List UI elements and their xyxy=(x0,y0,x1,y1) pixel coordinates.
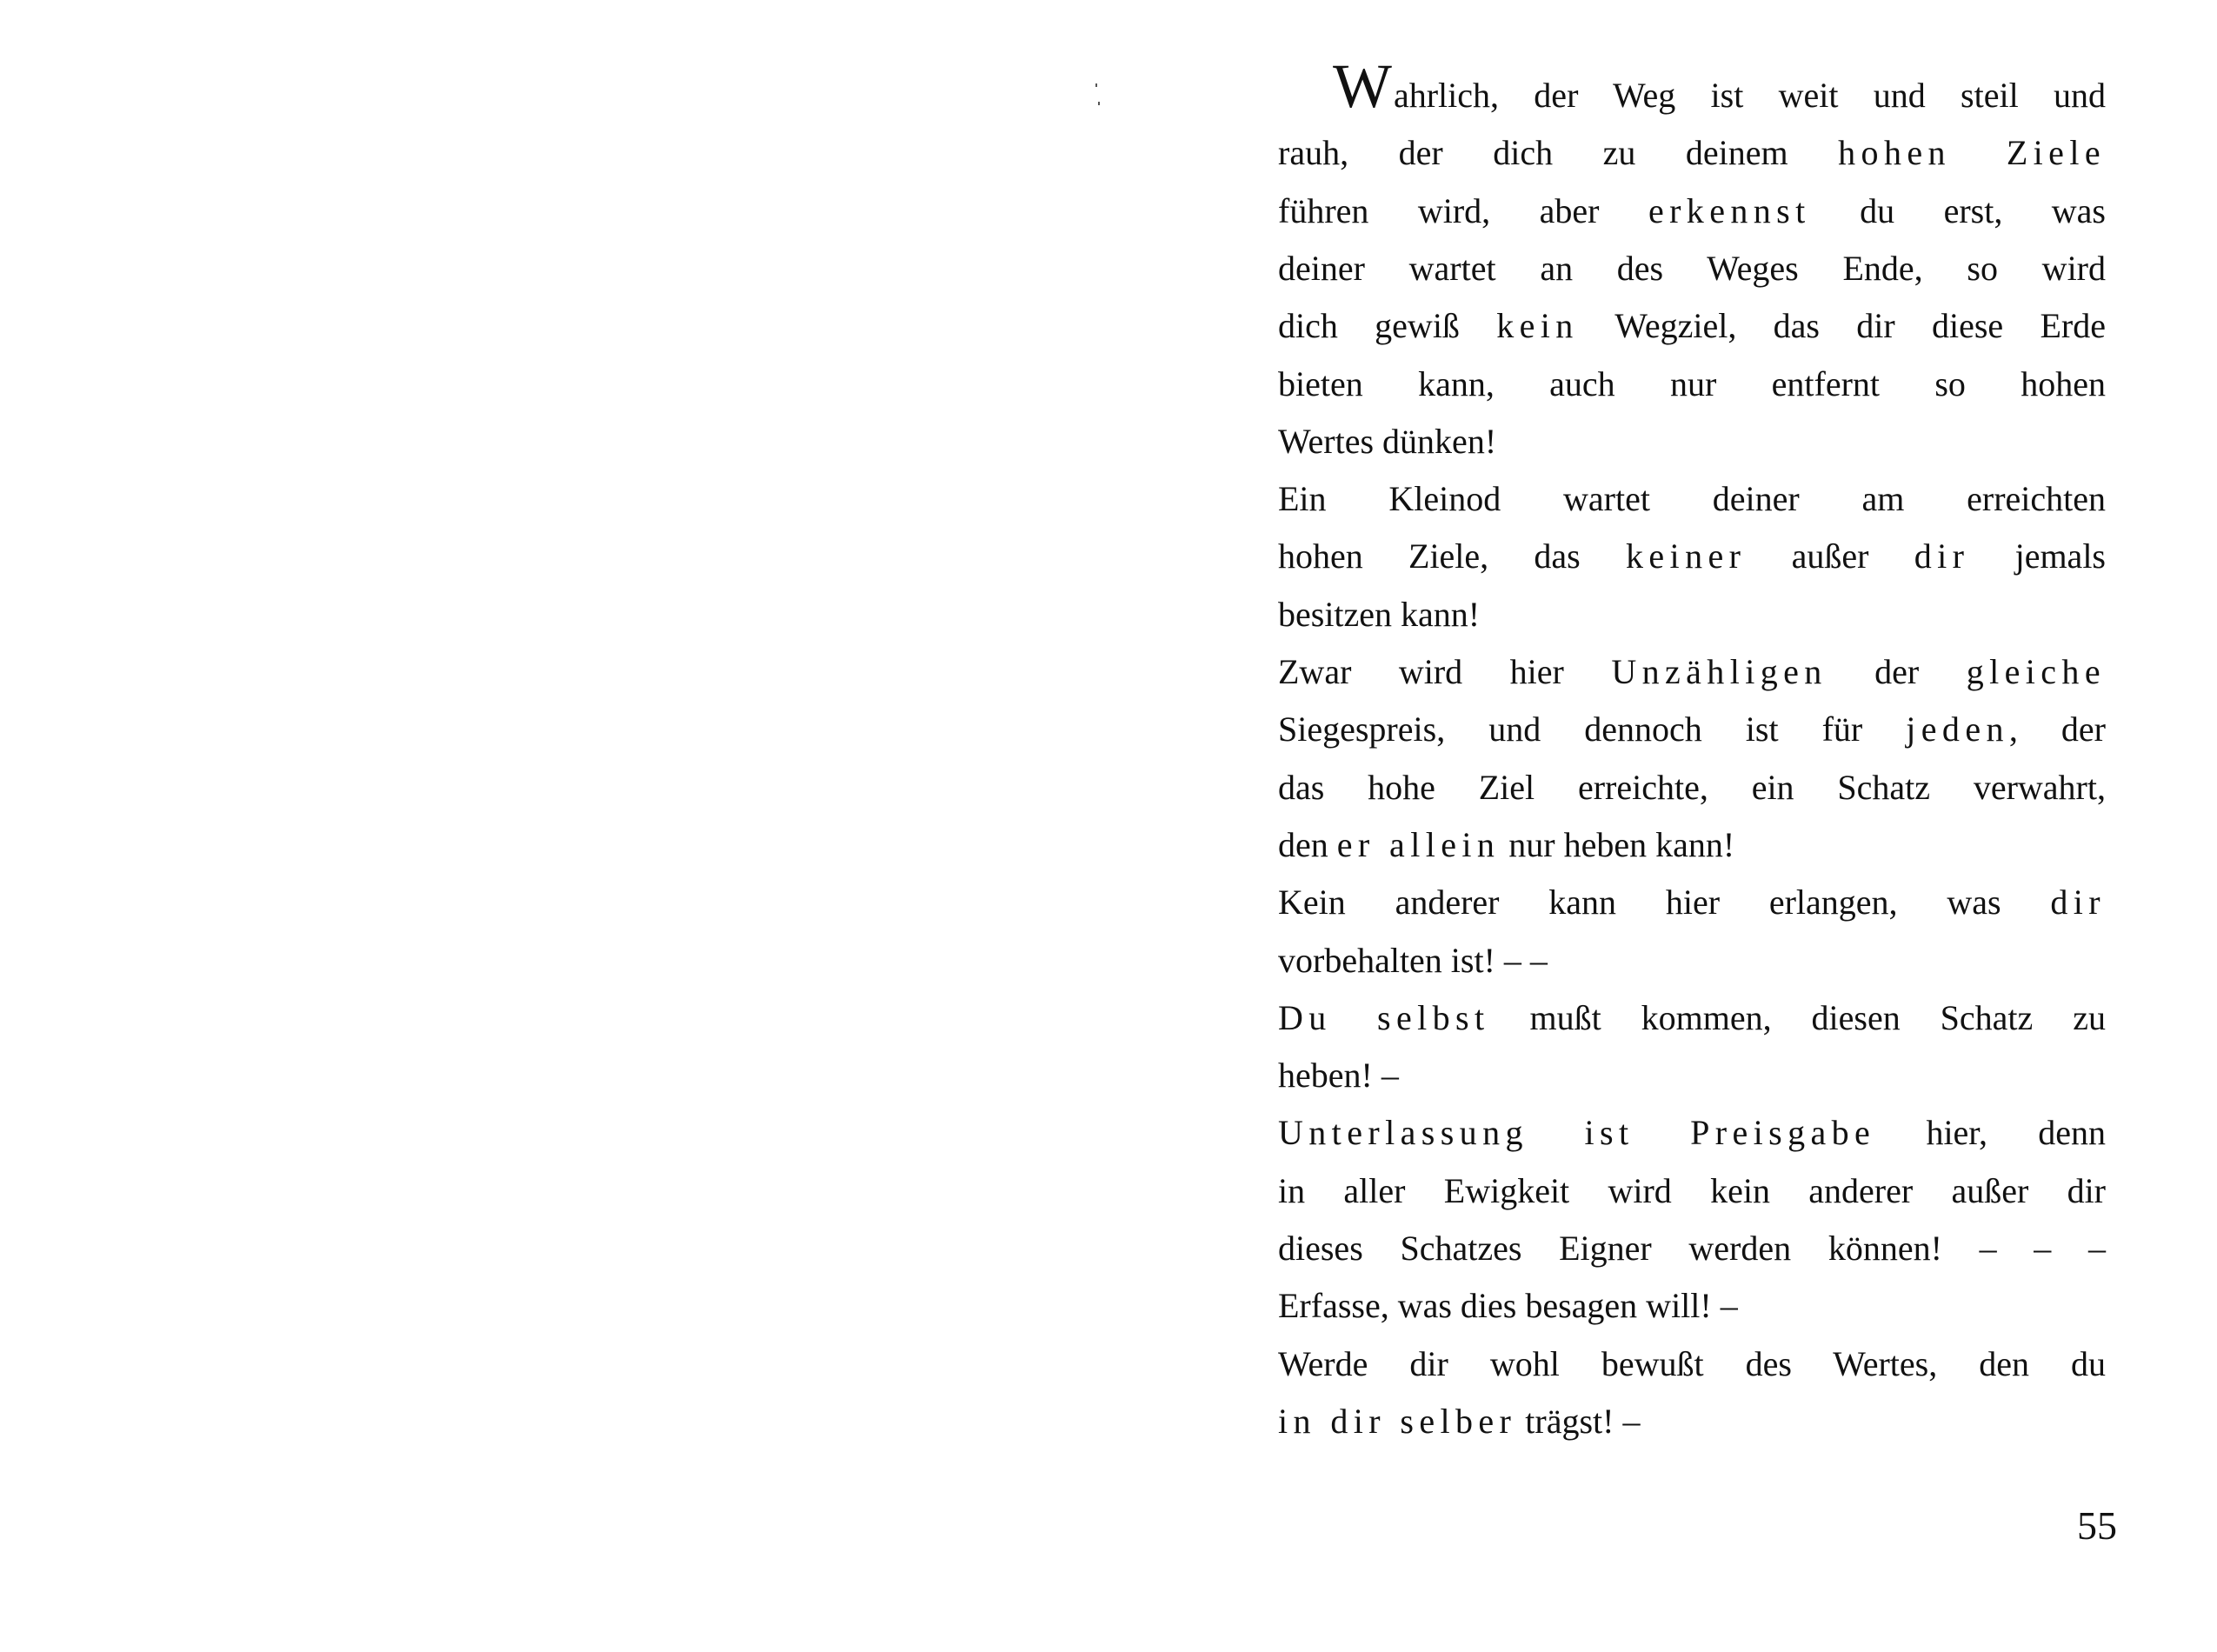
text-segment: deiner wartet an des Weges Ende, so wird xyxy=(1278,249,2106,288)
text-segment: nur heben kann! xyxy=(1500,825,1734,864)
text-segment: dieses Schatzes Eigner werden können! – … xyxy=(1278,1229,2106,1268)
text-segment: rauh, der dich zu deinem xyxy=(1278,133,1838,172)
emphasized-text: Unzähligen xyxy=(1611,652,1827,691)
text-line: Du selbst mußt kommen, diesen Schatz zu xyxy=(1278,989,2106,1047)
text-line: das hohe Ziel erreichte, ein Schatz verw… xyxy=(1278,759,2106,816)
text-segment: trägst! – xyxy=(1516,1402,1640,1441)
text-line: Werde dir wohl bewußt des Wertes, den du xyxy=(1278,1336,2106,1393)
text-segment: Wegziel, das dir diese Erde xyxy=(1579,306,2106,345)
text-line: vorbehalten ist! – – xyxy=(1278,932,2106,989)
right-page: Wahrlich, der Weg ist weit und steil und… xyxy=(1108,0,2217,1652)
text-segment: dich gewiß xyxy=(1278,306,1496,345)
emphasized-text: dir xyxy=(2050,883,2106,922)
emphasized-text: gleiche xyxy=(1967,652,2106,691)
text-segment: du erst, was xyxy=(1811,191,2106,230)
text-line: Wahrlich, der Weg ist weit und steil und xyxy=(1278,67,2106,124)
drop-initial: W xyxy=(1333,51,1392,121)
text-line: deiner wartet an des Weges Ende, so wird xyxy=(1278,240,2106,297)
text-segment: besitzen kann! xyxy=(1278,595,1480,634)
emphasized-text: erkennst xyxy=(1648,191,1811,230)
text-line: Siegespreis, und dennoch ist für jeden, … xyxy=(1278,701,2106,758)
emphasized-text: hohen Ziele xyxy=(1838,133,2106,172)
text-segment: bieten kann, auch nur entfernt so hohen xyxy=(1278,364,2106,403)
text-line: dich gewiß kein Wegziel, das dir diese E… xyxy=(1278,297,2106,355)
text-segment: den xyxy=(1278,825,1337,864)
text-segment: , der xyxy=(2009,709,2106,749)
text-line: Zwar wird hier Unzähligen der gleiche xyxy=(1278,643,2106,701)
text-line: bieten kann, auch nur entfernt so hohen xyxy=(1278,356,2106,413)
text-segment: ahrlich, der Weg ist weit und steil und xyxy=(1394,76,2106,115)
text-line: besitzen kann! xyxy=(1278,586,2106,643)
scan-speck xyxy=(1095,83,1097,87)
page-number: 55 xyxy=(2074,1502,2117,1549)
emphasized-text: er allein xyxy=(1337,825,1501,864)
text-line: den er allein nur heben kann! xyxy=(1278,816,2106,874)
text-segment: das hohe Ziel erreichte, ein Schatz verw… xyxy=(1278,768,2106,807)
text-segment: jemals xyxy=(1969,536,2106,576)
text-segment: mußt kommen, diesen Schatz zu xyxy=(1490,998,2106,1037)
text-segment: der xyxy=(1828,652,1967,691)
text-line: Unterlassung ist Preisgabe hier, denn xyxy=(1278,1104,2106,1162)
text-line: in aller Ewigkeit wird kein anderer auße… xyxy=(1278,1162,2106,1220)
text-segment: führen wird, aber xyxy=(1278,191,1648,230)
text-line: Ein Kleinod wartet deiner am erreichten xyxy=(1278,470,2106,528)
text-segment: Wertes dünken! xyxy=(1278,422,1496,461)
text-segment: außer xyxy=(1746,536,1914,576)
emphasized-text: dir xyxy=(1914,536,1970,576)
text-segment: Ein Kleinod wartet deiner am erreichten xyxy=(1278,479,2106,518)
emphasized-text: Unterlassung ist Preisgabe xyxy=(1278,1113,1875,1152)
emphasized-text: jeden xyxy=(1906,709,2009,749)
text-segment: in aller Ewigkeit wird kein anderer auße… xyxy=(1278,1171,2106,1210)
text-segment: Erfasse, was dies besagen will! – xyxy=(1278,1286,1738,1325)
emphasized-text: keiner xyxy=(1626,536,1746,576)
text-segment: vorbehalten ist! – – xyxy=(1278,941,1548,980)
text-line: Wertes dünken! xyxy=(1278,413,2106,470)
text-line: rauh, der dich zu deinem hohen Ziele xyxy=(1278,124,2106,182)
emphasized-text: Du selbst xyxy=(1278,998,1490,1037)
text-line: in dir selber trägst! – xyxy=(1278,1393,2106,1450)
text-line: dieses Schatzes Eigner werden können! – … xyxy=(1278,1220,2106,1277)
text-segment: hier, denn xyxy=(1875,1113,2106,1152)
text-segment: Siegespreis, und dennoch ist für xyxy=(1278,709,1906,749)
text-line: heben! – xyxy=(1278,1047,2106,1104)
left-page-blank xyxy=(0,0,1108,1652)
emphasized-text: kein xyxy=(1496,306,1578,345)
book-spread: Wahrlich, der Weg ist weit und steil und… xyxy=(0,0,2217,1652)
emphasized-text: in dir selber xyxy=(1278,1402,1516,1441)
text-segment: hohen Ziele, das xyxy=(1278,536,1626,576)
text-segment: Werde dir wohl bewußt des Wertes, den du xyxy=(1278,1344,2106,1383)
text-line: hohen Ziele, das keiner außer dir jemals xyxy=(1278,528,2106,585)
text-line: Kein anderer kann hier erlangen, was dir xyxy=(1278,874,2106,931)
text-line: Erfasse, was dies besagen will! – xyxy=(1278,1277,2106,1335)
text-line: führen wird, aber erkennst du erst, was xyxy=(1278,183,2106,240)
scan-speck xyxy=(1098,102,1100,105)
text-segment: Zwar wird hier xyxy=(1278,652,1611,691)
text-segment: heben! – xyxy=(1278,1056,1399,1095)
text-segment: Kein anderer kann hier erlangen, was xyxy=(1278,883,2050,922)
